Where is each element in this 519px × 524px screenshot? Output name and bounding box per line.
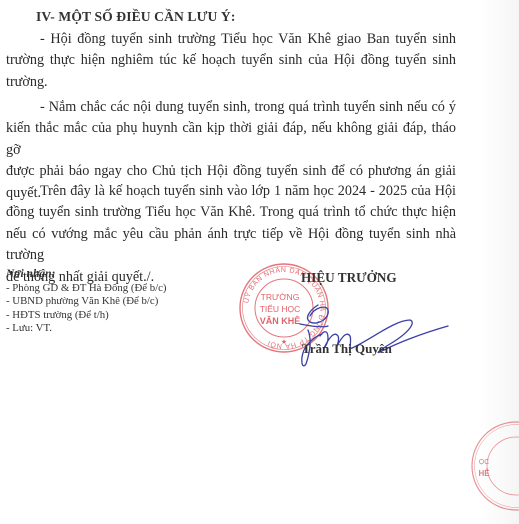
paragraph-1: - Hội đồng tuyển sinh trường Tiểu học Vă… [6,29,456,93]
handwritten-signature-icon [270,300,450,370]
document-page: IV- MỘT SỐ ĐIỀU CẦN LƯU Ý: - Hội đồng tu… [0,0,519,524]
text-line: Trên đây là kế hoạch tuyển sinh vào lớp … [6,181,456,202]
recipients-label: Nơi nhận: [6,268,167,282]
text-line: - Hội đồng tuyển sinh trường Tiểu học Vă… [6,29,456,50]
text-line: nếu có vướng mắc yêu cầu phản ánh trực t… [6,224,456,267]
recipient-item: - Phòng GD & ĐT Hà Đông (Để b/c) [6,282,167,296]
text-line: đồng tuyển sinh trường Tiểu học Văn Khê.… [6,202,456,223]
section-heading: IV- MỘT SỐ ĐIỀU CẦN LƯU Ý: [36,9,235,25]
recipient-item: - HĐTS trường (Để t/h) [6,309,167,323]
svg-text:HÊ: HÊ [478,469,490,478]
signer-title: HIỆU TRƯỞNG [301,270,397,286]
recipients-block: Nơi nhận: - Phòng GD & ĐT Hà Đông (Để b/… [6,268,167,336]
signer-name: Trần Thị Quyên [302,341,392,357]
text-line: được phải báo ngay cho Chủ tịch Hội đồng… [6,161,456,182]
text-line: kiến thắc mắc của phụ huynh cần kịp thời… [6,118,456,161]
svg-text:ỌC: ỌC [479,459,490,466]
text-line: trường thực hiện nghiêm túc kế hoạch tuy… [6,50,456,71]
recipient-item: - Lưu: VT. [6,322,167,336]
text-line: - Nắm chắc các nội dung tuyển sinh, tron… [6,97,456,118]
partial-stamp-icon: HÊ ỌC [470,420,519,512]
recipient-item: - UBND phường Văn Khê (Để b/c) [6,295,167,309]
text-line: trường. [6,72,456,93]
